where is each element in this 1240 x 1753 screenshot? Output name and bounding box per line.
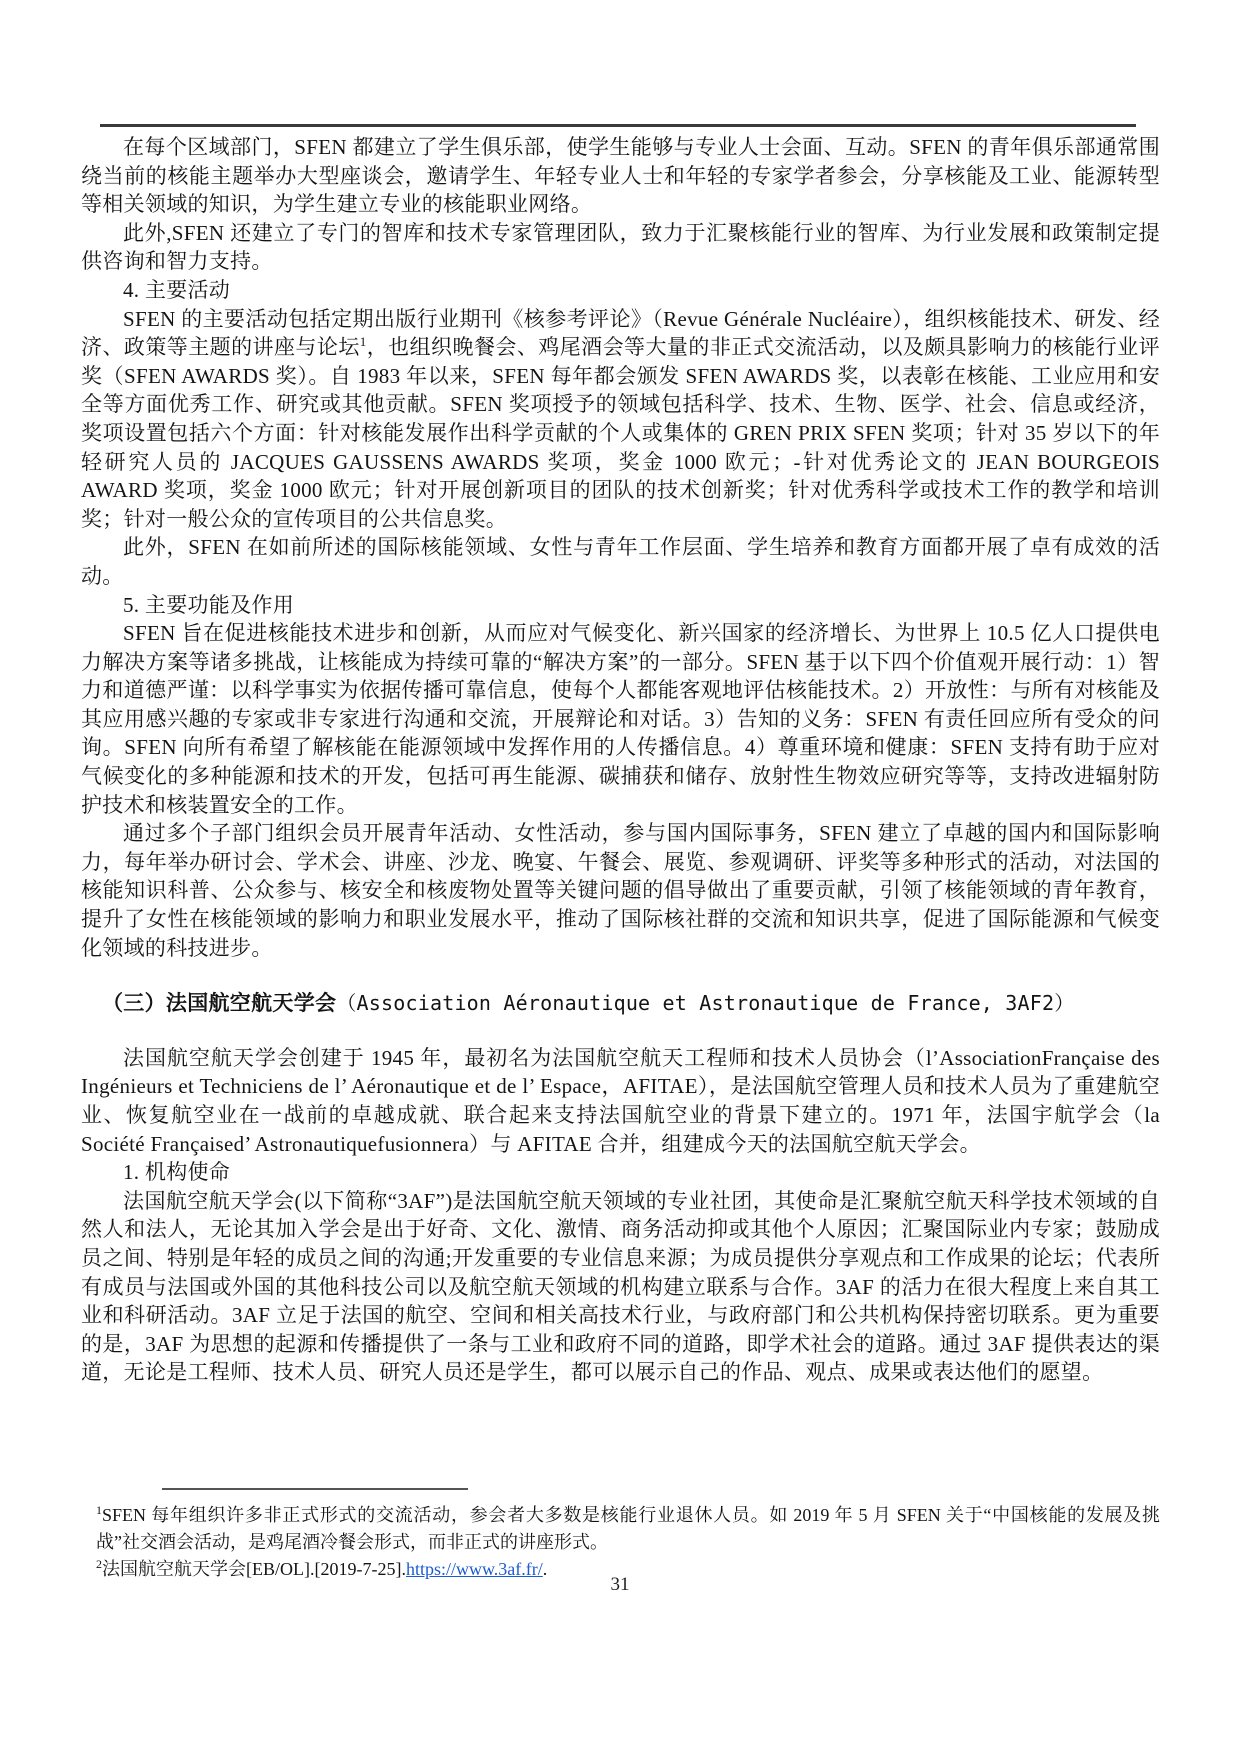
heading-main-functions: 5. 主要功能及作用 [81, 591, 1160, 620]
section-heading-3af: （三）法国航空航天学会（Association Aéronautique et … [81, 989, 1160, 1019]
footnote-1-text: SFEN 每年组织许多非正式形式的交流活动，参会者大多数是核能行业退休人员。如 … [96, 1505, 1160, 1552]
section-heading-3af-latin: （Association Aéronautique et Astronautiq… [336, 991, 1074, 1015]
paragraph-3af-history: 法国航空航天学会创建于 1945 年，最初名为法国航空航天工程师和技术人员协会（… [81, 1044, 1160, 1158]
paragraph-values: SFEN 旨在促进核能技术进步和创新，从而应对气候变化、新兴国家的经济增长、为世… [81, 619, 1160, 819]
main-text: 在每个区域部门，SFEN 都建立了学生俱乐部，使学生能够与专业人士会面、互动。S… [81, 133, 1160, 1387]
document-page: 在每个区域部门，SFEN 都建立了学生俱乐部，使学生能够与专业人士会面、互动。S… [0, 0, 1240, 1753]
paragraph-think-tank: 此外,SFEN 还建立了专门的智库和技术专家管理团队，致力于汇聚核能行业的智库、… [81, 219, 1160, 276]
footnote-separator [162, 1488, 468, 1490]
paragraph-activities: SFEN 的主要活动包括定期出版行业期刊《核参考评论》（Revue Généra… [81, 305, 1160, 534]
footnote-area: 1SFEN 每年组织许多非正式形式的交流活动，参会者大多数是核能行业退休人员。如… [96, 1502, 1160, 1583]
paragraph-influence: 通过多个子部门组织会员开展青年活动、女性活动，参与国内国际事务，SFEN 建立了… [81, 819, 1160, 962]
heading-mission: 1. 机构使命 [81, 1158, 1160, 1187]
paragraph-effective-work: 此外，SFEN 在如前所述的国际核能领域、女性与青年工作层面、学生培养和教育方面… [81, 533, 1160, 590]
header-rule [100, 124, 1136, 127]
paragraph-student-clubs: 在每个区域部门，SFEN 都建立了学生俱乐部，使学生能够与专业人士会面、互动。S… [81, 133, 1160, 219]
footnote-1: 1SFEN 每年组织许多非正式形式的交流活动，参会者大多数是核能行业退休人员。如… [96, 1502, 1160, 1556]
heading-main-activities: 4. 主要活动 [81, 276, 1160, 305]
footnote-ref-1: 1 [360, 334, 367, 349]
paragraph-activities-text-b: ，也组织晚餐会、鸡尾酒会等大量的非正式交流活动，以及颇具影响力的核能行业评奖（S… [81, 335, 1160, 531]
paragraph-mission: 法国航空航天学会(以下简称“3AF”)是法国航空航天领域的专业社团，其使命是汇聚… [81, 1187, 1160, 1387]
page-number: 31 [0, 1574, 1240, 1596]
section-heading-3af-chinese: （三）法国航空航天学会 [102, 992, 336, 1015]
